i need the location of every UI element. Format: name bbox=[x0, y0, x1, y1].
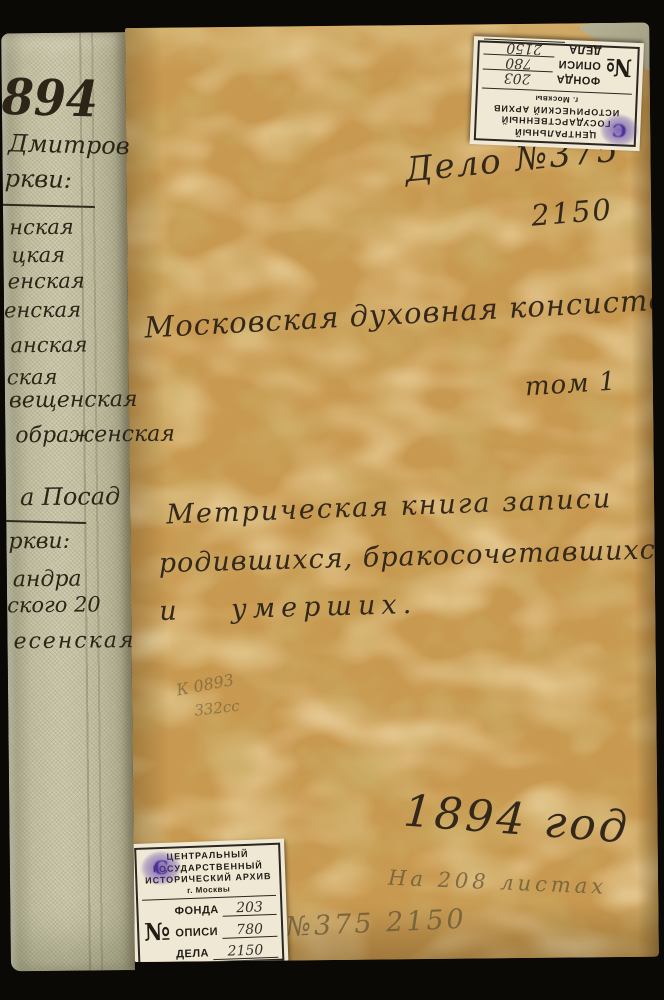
spine-church-item: цкая bbox=[11, 243, 65, 268]
spine-posad: а Посад bbox=[20, 482, 121, 511]
spine-church-item: енская bbox=[4, 298, 81, 323]
spine-church-word: ркви: bbox=[4, 164, 72, 194]
spine-church-item: анская bbox=[10, 333, 87, 358]
row-label: ФОНДА bbox=[174, 904, 223, 918]
spine-year: 894 bbox=[1, 67, 98, 128]
archive-number-rows: № ФОНДА 203 ОПИСИ 780 ДЕЛА 2150 bbox=[482, 39, 634, 91]
spine-alexandra: андра bbox=[13, 567, 82, 593]
spine-church-item: енская bbox=[8, 269, 85, 294]
archive-label-bottom: ЦЕНТРАЛЬНЫЙ ГОСУДАРСТВЕННЫЙ ИСТОРИЧЕСКИЙ… bbox=[130, 839, 289, 963]
spine-divider bbox=[6, 520, 86, 524]
spine-church-word-2: ркви: bbox=[8, 529, 70, 555]
number-sign: № bbox=[600, 44, 634, 91]
row-label: ОПИСИ bbox=[175, 926, 222, 940]
delo-row: ДЕЛА 2150 bbox=[176, 942, 278, 961]
archival-book: 894 Дмитров ркви: нская цкая енская енск… bbox=[0, 17, 661, 976]
row-label: ФОНДА bbox=[552, 72, 601, 86]
delo-number-2150: 2150 bbox=[530, 192, 614, 232]
row-value: 2150 bbox=[213, 943, 279, 960]
fond-rows: ФОНДА 203 ОПИСИ 780 ДЕЛА 2150 bbox=[174, 898, 278, 960]
row-label: ДЕЛА bbox=[565, 42, 602, 56]
row-value: 203 bbox=[482, 68, 552, 86]
row-value: 780 bbox=[222, 922, 278, 939]
spine-skogo: ского 20 bbox=[7, 592, 101, 617]
opis-row: ОПИСИ 780 bbox=[175, 921, 277, 940]
spine-voznesenskaya: есенская bbox=[13, 628, 135, 654]
row-label: ОПИСИ bbox=[554, 57, 601, 71]
cover-volume: том 1 bbox=[524, 367, 617, 403]
spine-church-item: вещенская bbox=[9, 387, 138, 413]
spine-church-item: ская bbox=[7, 365, 58, 390]
fond-rows: ФОНДА 203 ОПИСИ 780 ДЕЛА 2150 bbox=[482, 39, 602, 90]
spine-church-item: нская bbox=[9, 215, 74, 240]
archive-label-top: ЦЕНТРАЛЬНЫЙ ГОСУДАРСТВЕННЫЙ ИСТОРИЧЕСКИЙ… bbox=[470, 36, 644, 151]
spine-church-item: ображенская bbox=[15, 422, 175, 449]
row-value: 780 bbox=[483, 53, 555, 71]
archive-number-rows: № ФОНДА 203 ОПИСИ 780 ДЕЛА 2150 bbox=[142, 898, 278, 961]
spine-divider bbox=[3, 204, 95, 208]
fond-row: ФОНДА 203 bbox=[174, 899, 276, 918]
spine-town: Дмитров bbox=[8, 129, 130, 160]
book-cover: Дело №375 2150 Московская духовная конси… bbox=[125, 23, 659, 962]
number-sign: № bbox=[142, 902, 176, 962]
row-value: 203 bbox=[222, 900, 276, 917]
book-spine: 894 Дмитров ркви: нская цкая енская енск… bbox=[1, 32, 135, 971]
row-label: ДЕЛА bbox=[176, 947, 213, 960]
